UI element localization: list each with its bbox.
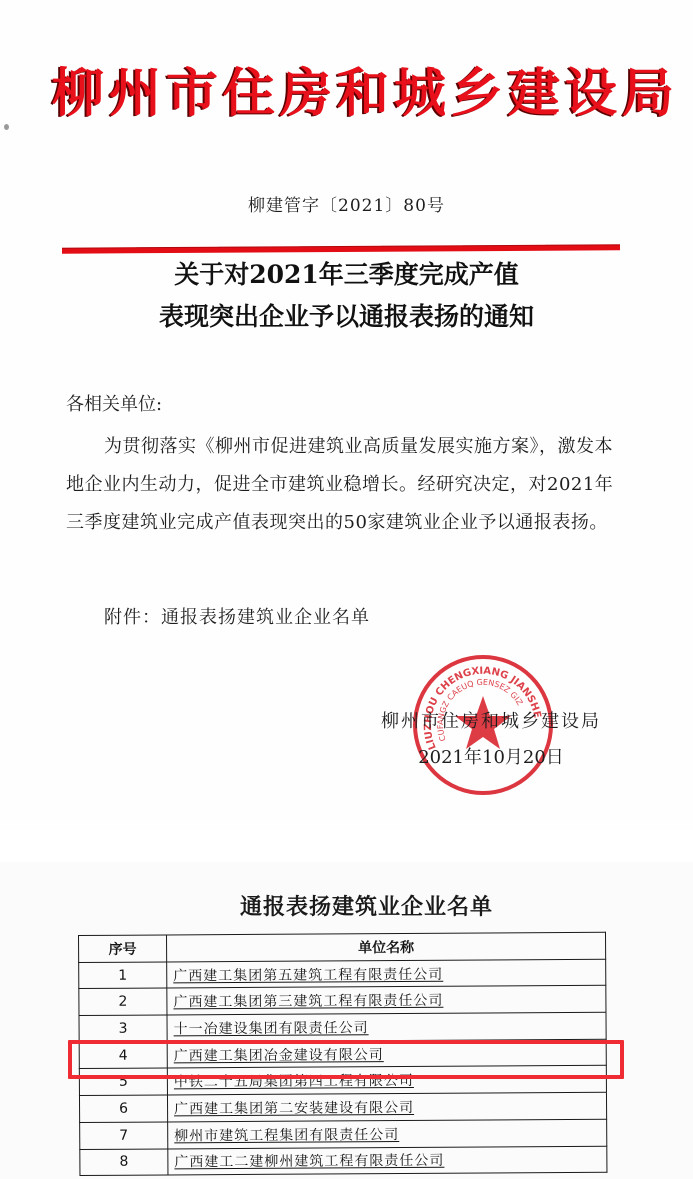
signature-block: 柳州市住房和城乡建设局 2021年10月20日 (376, 704, 606, 776)
row-seq: 1 (79, 962, 167, 989)
row-name: 广西建工集团第二安装建设有限公司 (168, 1100, 414, 1118)
row-name: 广西建工集团第五建筑工程有限责任公司 (167, 966, 443, 984)
notice-title: 关于对2021年三季度完成产值 表现突出企业予以通报表扬的通知 (0, 254, 693, 338)
org-title: 柳州市住房和城乡建设局 (52, 62, 632, 126)
doc-number: 柳建管字〔2021〕80号 (0, 193, 693, 219)
header-seq: 序号 (79, 935, 167, 962)
signature-org: 柳州市住房和城乡建设局 (376, 704, 606, 740)
salutation: 各相关单位: (66, 392, 626, 418)
row-seq: 7 (80, 1122, 168, 1149)
row-name: 柳州市建筑工程集团有限责任公司 (168, 1127, 399, 1144)
highlight-box (68, 1040, 624, 1079)
table-row: 8 广西建工二建柳州建筑工程有限责任公司 (80, 1146, 607, 1176)
notice-body: 各相关单位: 为贯彻落实《柳州市促进建筑业高质量发展实施方案》，激发本地企业内生… (66, 392, 626, 542)
row-name: 广西建工二建柳州建筑工程有限责任公司 (168, 1153, 444, 1171)
attachment-line: 附件：通报表扬建筑业企业名单 (104, 604, 370, 632)
row-seq: 3 (79, 1015, 167, 1042)
table-row: 2 广西建工集团第三建筑工程有限责任公司 (79, 986, 606, 1016)
table-header-row: 序号 单位名称 (79, 932, 606, 962)
page-gap (0, 830, 693, 862)
table-row: 7 柳州市建筑工程集团有限责任公司 (80, 1119, 607, 1149)
row-seq: 6 (79, 1095, 167, 1122)
list-title: 通报表扬建筑业企业名单 (0, 893, 693, 923)
notice-title-line1: 关于对2021年三季度完成产值 (0, 254, 693, 296)
row-name: 广西建工集团第三建筑工程有限责任公司 (167, 993, 443, 1011)
table-row: 3 十一冶建设集团有限责任公司 (79, 1012, 606, 1042)
notice-title-line2: 表现突出企业予以通报表扬的通知 (0, 296, 693, 338)
row-name: 十一冶建设集团有限责任公司 (168, 1020, 369, 1037)
table-row: 1 广西建工集团第五建筑工程有限责任公司 (79, 959, 606, 989)
table-row: 6 广西建工集团第二安装建设有限公司 (79, 1092, 606, 1122)
body-paragraph: 为贯彻落实《柳州市促进建筑业高质量发展实施方案》，激发本地企业内生动力，促进全市… (66, 428, 626, 542)
header-name: 单位名称 (167, 932, 606, 961)
row-seq: 8 (80, 1148, 168, 1175)
signature-date: 2021年10月20日 (376, 740, 606, 776)
scan-speck (4, 124, 9, 130)
row-seq: 2 (79, 988, 167, 1015)
